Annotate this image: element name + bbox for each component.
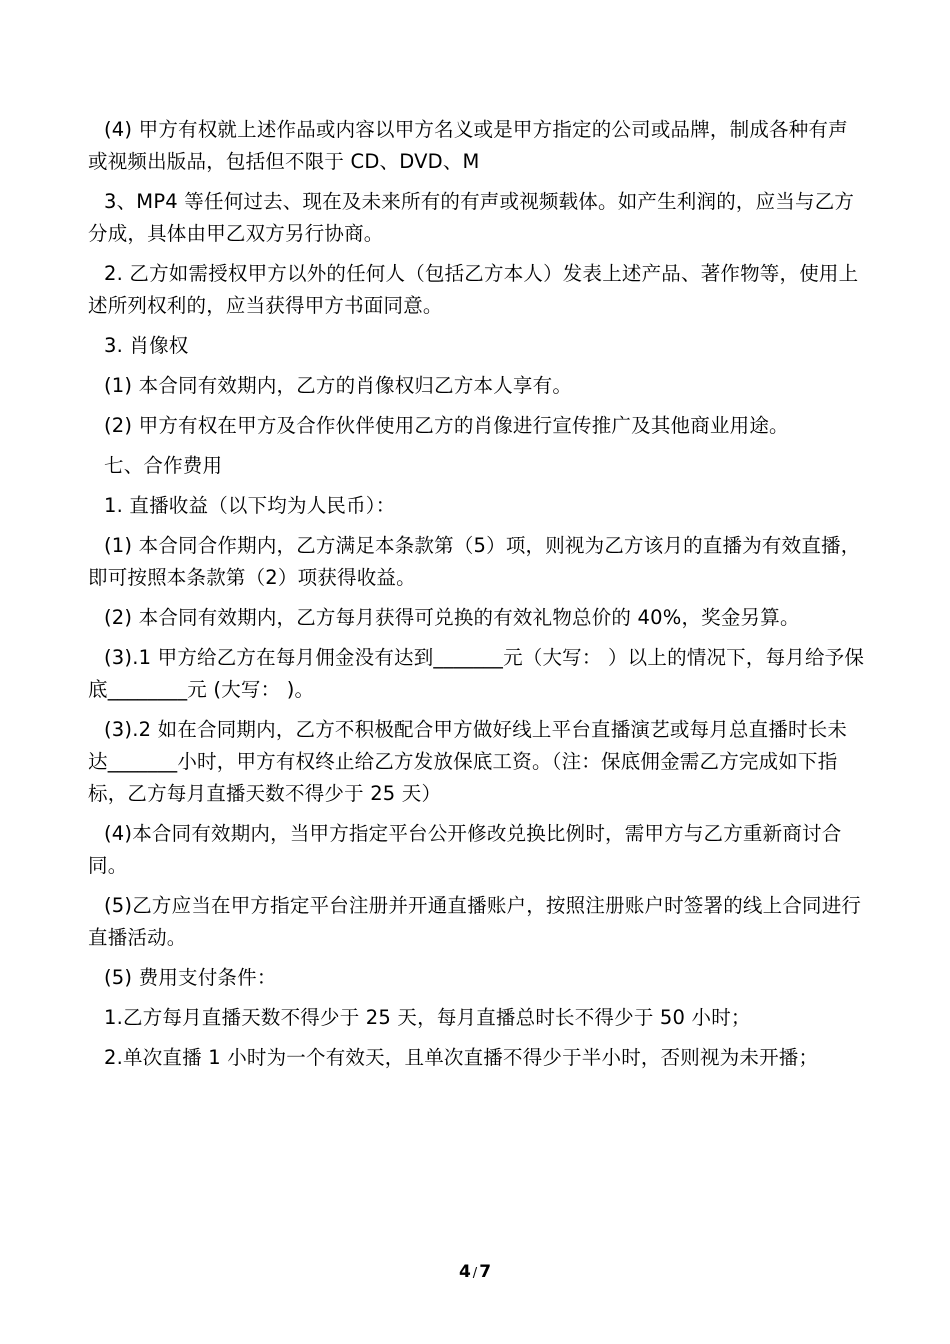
paragraph-income-2: (2) 本合同有效期内，乙方每月获得可兑换的有效礼物总价的 40%，奖金另算。 — [88, 602, 866, 634]
paragraph-income-3-2: (3).2 如在合同期内，乙方不积极配合甲方做好线上平台直播演艺或每月总直播时长… — [88, 714, 866, 810]
paragraph-income-1: (1) 本合同合作期内，乙方满足本条款第（5）项，则视为乙方该月的直播为有效直播… — [88, 530, 866, 594]
paragraph-profit-sharing: 3、MP4 等任何过去、现在及未来所有的有声或视频载体。如产生利润的，应当与乙方… — [88, 186, 866, 250]
page-separator: / — [473, 1266, 477, 1281]
heading-live-income: 1. 直播收益（以下均为人民币）： — [88, 490, 866, 522]
document-page: (4) 甲方有权就上述作品或内容以甲方名义或是甲方指定的公司或品牌，制成各种有声… — [0, 0, 950, 1344]
total-pages: 7 — [479, 1262, 491, 1282]
paragraph-income-3-1: (3).1 甲方给乙方在每月佣金没有达到_______元（大写： ）以上的情况下… — [88, 642, 866, 706]
paragraph-publication-rights: (4) 甲方有权就上述作品或内容以甲方名义或是甲方指定的公司或品牌，制成各种有声… — [88, 114, 866, 178]
paragraph-portrait-rights-1: (1) 本合同有效期内，乙方的肖像权归乙方本人享有。 — [88, 370, 866, 402]
paragraph-authorization: 2. 乙方如需授权甲方以外的任何人（包括乙方本人）发表上述产品、著作物等，使用上… — [88, 258, 866, 322]
paragraph-portrait-rights-2: (2) 甲方有权在甲方及合作伙伴使用乙方的肖像进行宣传推广及其他商业用途。 — [88, 410, 866, 442]
paragraph-condition-1: 1.乙方每月直播天数不得少于 25 天，每月直播总时长不得少于 50 小时； — [88, 1002, 866, 1034]
page-number: 4/7 — [0, 1262, 950, 1282]
document-body: (4) 甲方有权就上述作品或内容以甲方名义或是甲方指定的公司或品牌，制成各种有声… — [88, 114, 866, 1082]
heading-payment-conditions: (5) 费用支付条件： — [88, 962, 866, 994]
paragraph-condition-2: 2.单次直播 1 小时为一个有效天，且单次直播不得少于半小时，否则视为未开播； — [88, 1042, 866, 1074]
current-page: 4 — [459, 1262, 471, 1282]
heading-portrait-rights: 3. 肖像权 — [88, 330, 866, 362]
paragraph-income-4: (4)本合同有效期内，当甲方指定平台公开修改兑换比例时，需甲方与乙方重新商讨合同… — [88, 818, 866, 882]
paragraph-income-5: (5)乙方应当在甲方指定平台注册并开通直播账户，按照注册账户时签署的线上合同进行… — [88, 890, 866, 954]
heading-cooperation-fees: 七、合作费用 — [88, 450, 866, 482]
